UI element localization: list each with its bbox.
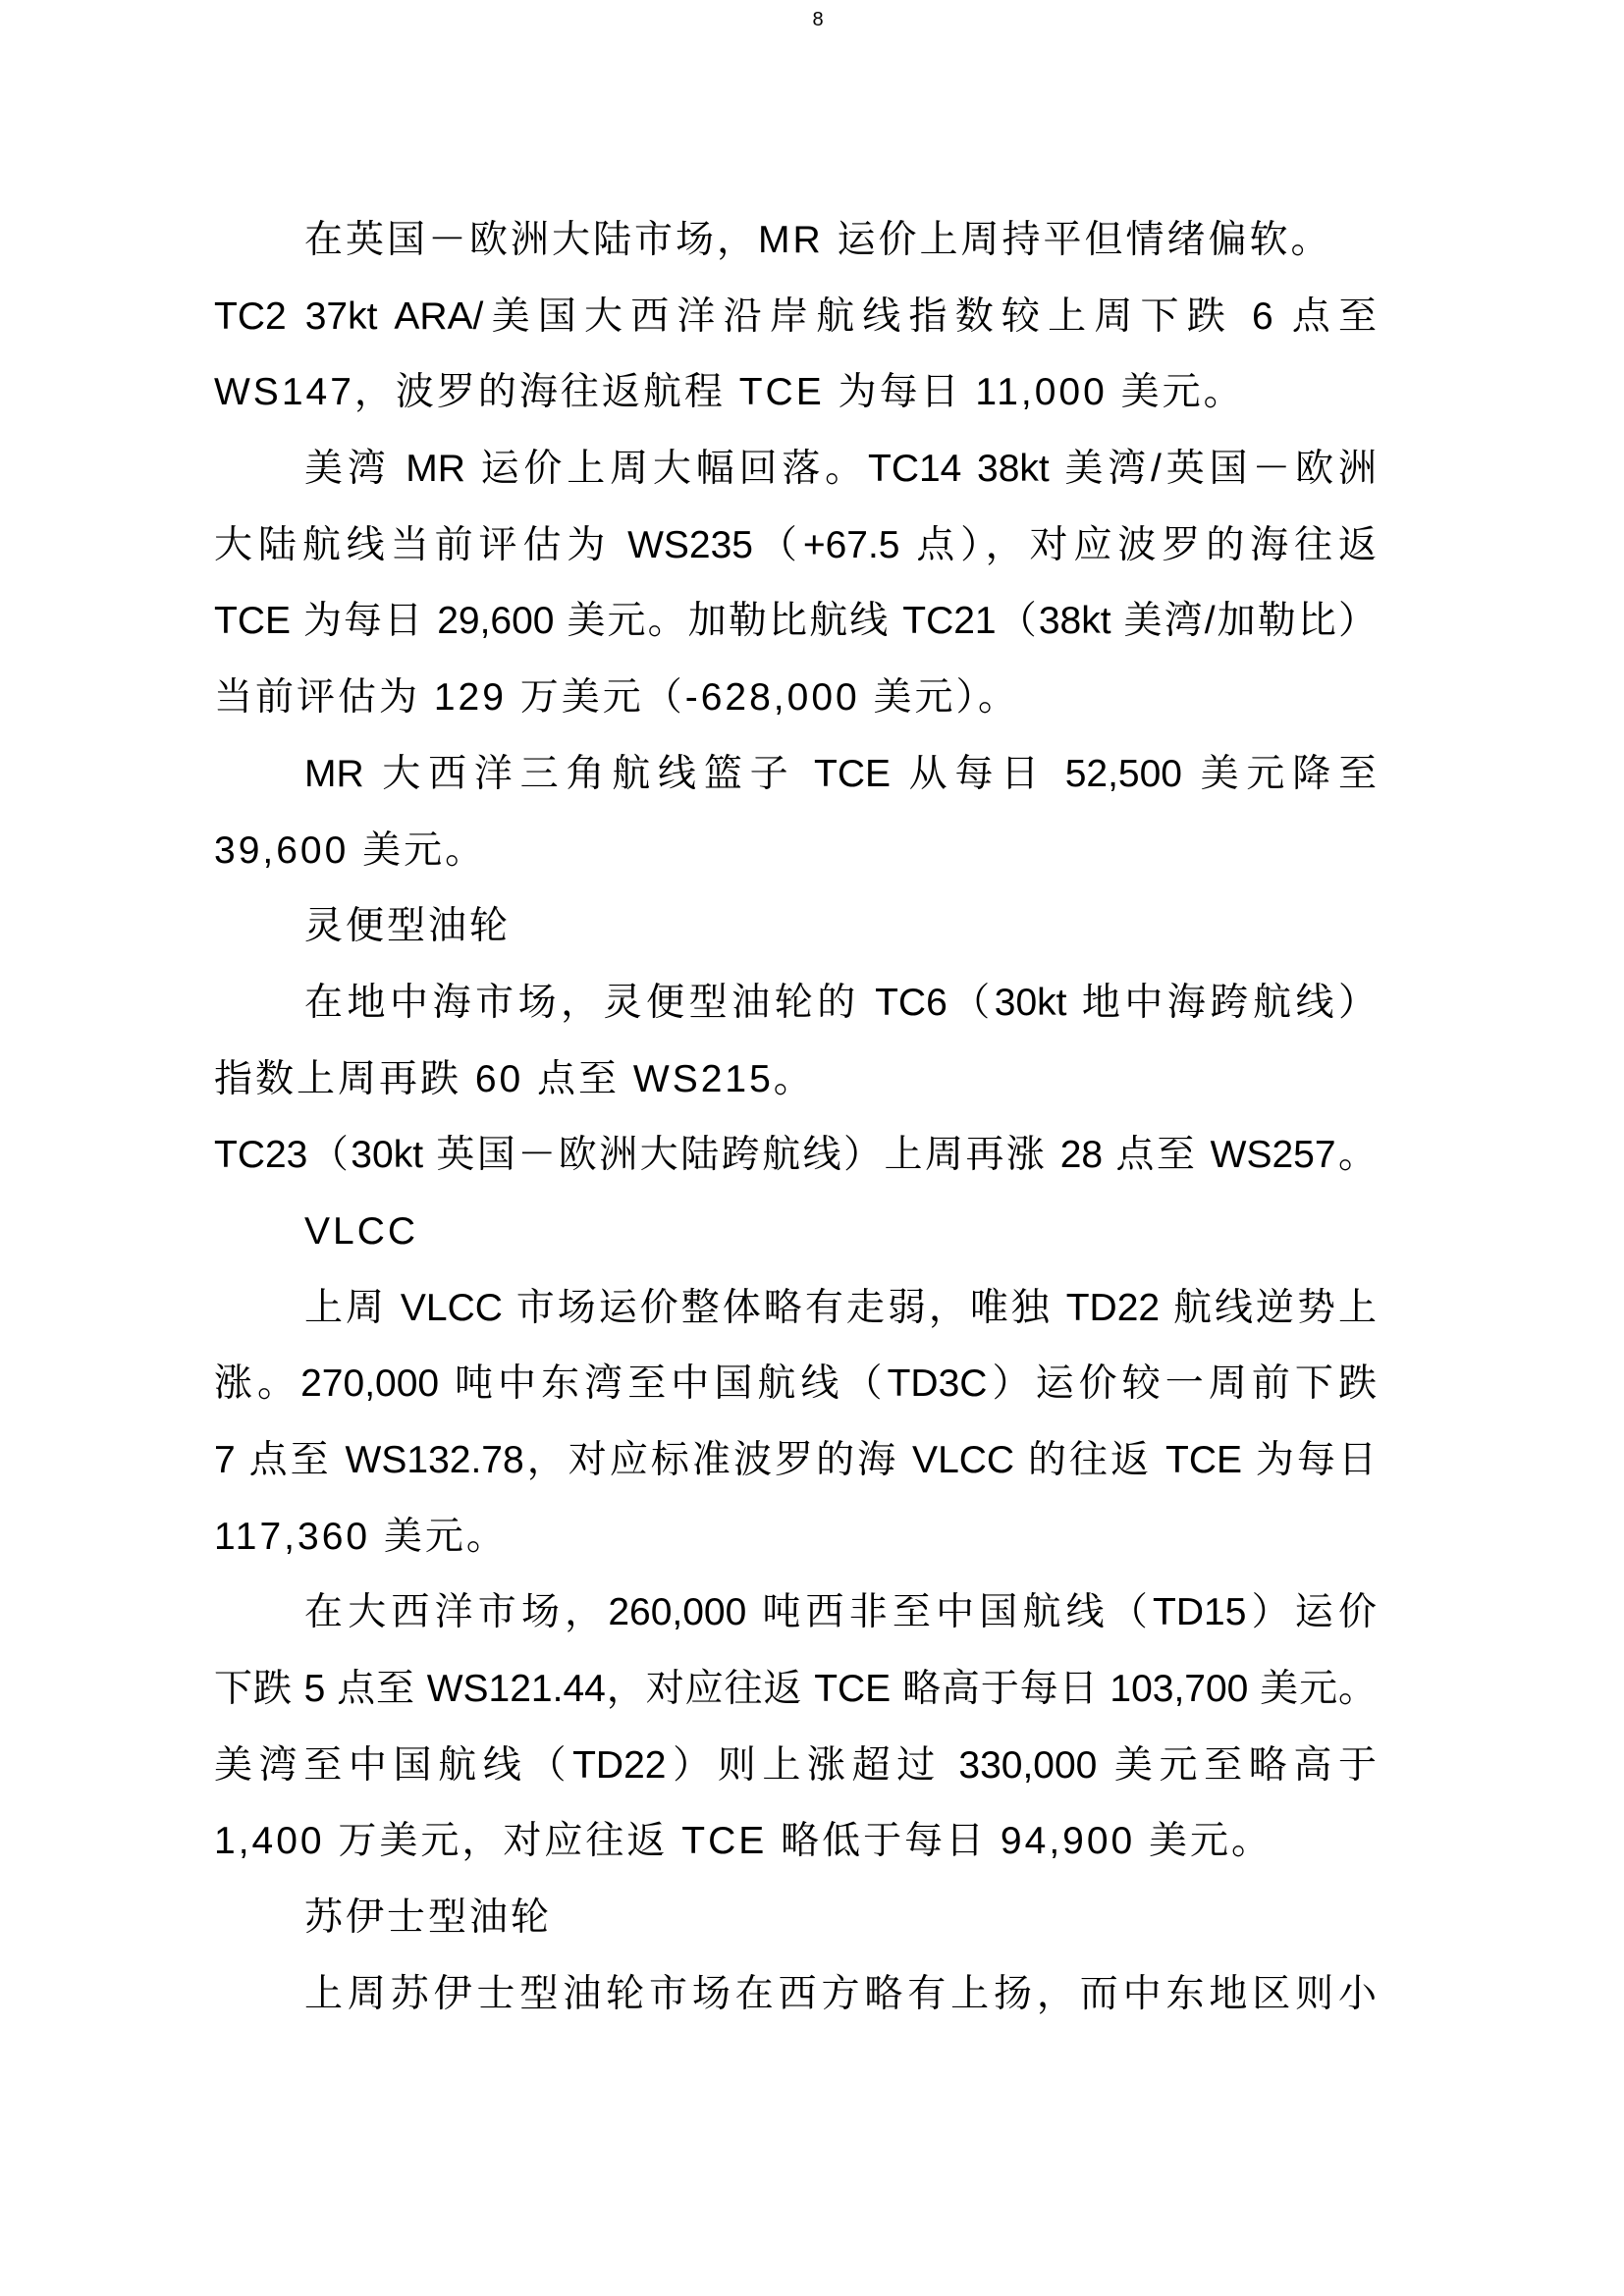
section-heading-handysize: 灵便型油轮 xyxy=(214,888,1377,965)
paragraph-line: MR 大西洋三角航线篮子 TCE 从每日 52,500 美元降至 xyxy=(214,736,1377,813)
paragraph-line: TC2 37kt ARA/美国大西洋沿岸航线指数较上周下跌 6 点至 xyxy=(214,279,1377,355)
section-heading-vlcc: VLCC xyxy=(214,1194,1377,1270)
paragraph-line: 涨。270,000 吨中东湾至中国航线（TD3C）运价较一周前下跌 xyxy=(214,1346,1377,1422)
paragraph-line: TC23（30kt 英国－欧洲大陆跨航线）上周再涨 28 点至 WS257。 xyxy=(214,1117,1377,1194)
paragraph-line: TCE 为每日 29,600 美元。加勒比航线 TC21（38kt 美湾/加勒比… xyxy=(214,583,1377,660)
paragraph-line: 7 点至 WS132.78，对应标准波罗的海 VLCC 的往返 TCE 为每日 xyxy=(214,1422,1377,1499)
page-number: 8 xyxy=(0,6,1624,33)
paragraph-line: 上周苏伊士型油轮市场在西方略有上扬，而中东地区则小 xyxy=(214,1956,1377,2033)
document-body: 在英国－欧洲大陆市场，MR 运价上周持平但情绪偏软。 TC2 37kt ARA/… xyxy=(214,202,1377,2033)
paragraph-line: 下跌 5 点至 WS121.44，对应往返 TCE 略高于每日 103,700 … xyxy=(214,1651,1377,1728)
paragraph-line: 大陆航线当前评估为 WS235（+67.5 点），对应波罗的海往返 xyxy=(214,507,1377,584)
paragraph-line: 39,600 美元。 xyxy=(214,813,1377,889)
paragraph-line: 当前评估为 129 万美元（-628,000 美元）。 xyxy=(214,660,1377,736)
section-heading-suezmax: 苏伊士型油轮 xyxy=(214,1880,1377,1956)
paragraph-line: 117,360 美元。 xyxy=(214,1499,1377,1575)
paragraph-line: 指数上周再跌 60 点至 WS215。 xyxy=(214,1041,1377,1118)
paragraph-line: 美湾 MR 运价上周大幅回落。TC14 38kt 美湾/英国－欧洲 xyxy=(214,431,1377,507)
paragraph-line: 在英国－欧洲大陆市场，MR 运价上周持平但情绪偏软。 xyxy=(214,202,1377,279)
paragraph-line: 在地中海市场，灵便型油轮的 TC6（30kt 地中海跨航线） xyxy=(214,965,1377,1041)
paragraph-line: 美湾至中国航线（TD22）则上涨超过 330,000 美元至略高于 xyxy=(214,1728,1377,1804)
paragraph-line: 上周 VLCC 市场运价整体略有走弱，唯独 TD22 航线逆势上 xyxy=(214,1270,1377,1347)
paragraph-line: WS147，波罗的海往返航程 TCE 为每日 11,000 美元。 xyxy=(214,354,1377,431)
paragraph-line: 在大西洋市场，260,000 吨西非至中国航线（TD15）运价 xyxy=(214,1575,1377,1651)
paragraph-line: 1,400 万美元，对应往返 TCE 略低于每日 94,900 美元。 xyxy=(214,1803,1377,1880)
